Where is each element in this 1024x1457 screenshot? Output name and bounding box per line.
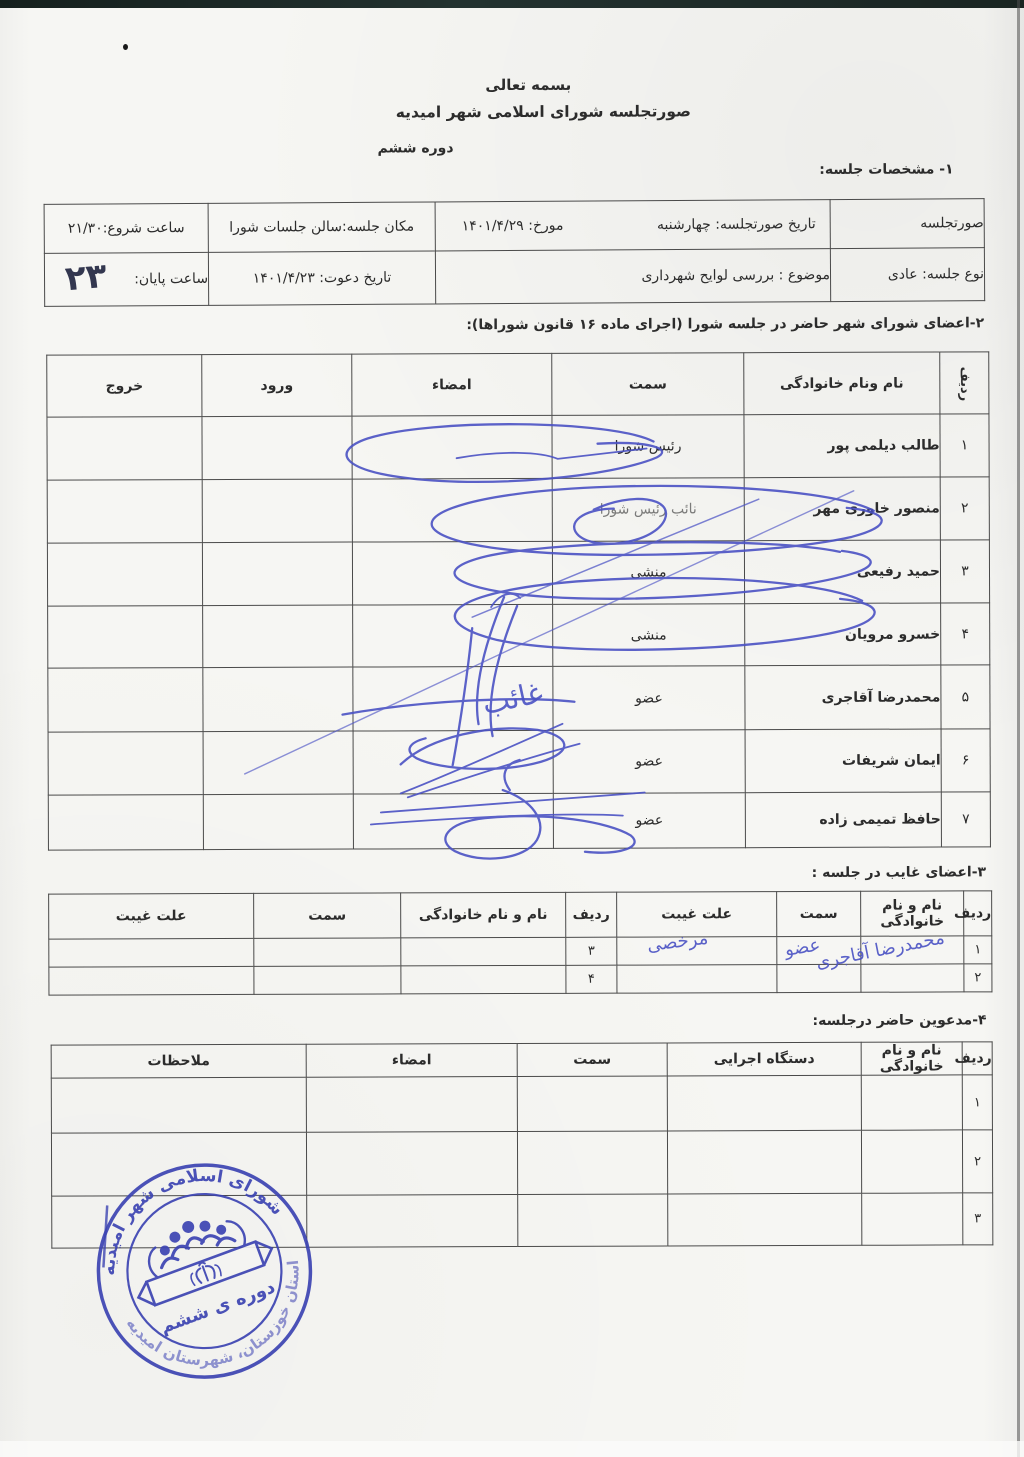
signature-cell: [353, 730, 553, 794]
subject-cell: موضوع : بررسی لوایح شهرداری: [435, 249, 830, 304]
member-row: ۲ منصور خاوری مهر نائب رئیس شورا: [47, 477, 989, 543]
scanned-meeting-minutes-page: بسمه تعالی صورتجلسه شورای اسلامی شهر امی…: [0, 0, 1024, 1457]
stamp-center-text: دوره ی ششم: [158, 1277, 278, 1338]
entry-cell: [202, 479, 352, 543]
invitee-position-cell: [517, 1076, 667, 1132]
stamp-bottom-text: استان خوزستان، شهرستان امیدیه: [121, 1255, 328, 1397]
exit-cell: [47, 417, 202, 481]
invitee-name-cell: [861, 1130, 962, 1193]
member-name: طالب دیلمی پور: [744, 414, 940, 478]
absent-row: ۲ ۴: [49, 964, 992, 995]
absent-reason-cell: [49, 938, 254, 967]
signature-cell: [353, 793, 553, 849]
signature-cell: [352, 478, 552, 542]
row-number: ۱: [940, 414, 989, 477]
col-name: نام و نام خانوادگی: [401, 892, 566, 938]
row-number: ۳: [566, 937, 617, 965]
exit-cell: [47, 480, 202, 544]
table-row: صورتجلسه تاریخ صورتجلسه: چهارشنبه مورخ: …: [44, 199, 984, 254]
exit-cell: [48, 732, 203, 796]
absent-reason-cell: [617, 937, 777, 966]
absent-name-cell: [401, 937, 566, 966]
absent-row: ۱ ۳: [49, 936, 992, 967]
signature-cell: [352, 541, 552, 605]
invitee-signature-cell: [306, 1131, 517, 1195]
invitation-date-cell: تاریخ دعوت: ۱۴۰۱/۴/۲۳: [208, 251, 435, 305]
invitee-row: ۱: [51, 1075, 992, 1133]
invitee-position-cell: [518, 1194, 668, 1247]
entry-cell: [203, 667, 353, 732]
invitee-position-cell: [517, 1131, 667, 1195]
signature-cell: [353, 604, 553, 667]
absent-position-cell: [254, 966, 401, 995]
invitee-row: ۳: [52, 1193, 993, 1248]
member-position: عضو: [553, 730, 745, 794]
row-number: ۵: [941, 665, 990, 729]
table-header-row: ردیف نام و نام خانوادگی سمت علت غیبت ردی…: [49, 891, 992, 939]
exit-cell: [47, 543, 202, 607]
row-number: ۷: [941, 792, 990, 847]
member-row: ۴ خسرو مرویان منشی: [48, 603, 990, 668]
col-row-number: ردیف: [566, 892, 617, 937]
row-number: ۴: [941, 603, 990, 665]
absent-name-cell: [861, 936, 964, 964]
invitee-notes-cell: [51, 1132, 306, 1196]
member-name: خسرو مرویان: [745, 603, 941, 666]
entry-cell: [203, 731, 353, 795]
location-cell: مکان جلسه:سالن جلسات شورا: [208, 202, 435, 252]
bismillah-line: بسمه تعالی: [428, 76, 628, 95]
minutes-date-value: مورخ: ۱۴۰۱/۴/۲۹: [462, 218, 564, 235]
member-name: حافظ تمیمی زاده: [745, 792, 941, 848]
member-position: رئیس شورا: [552, 415, 744, 479]
section2-heading: ۲-اعضای شورای شهر حاضر در جلسه شورا (اجر…: [466, 315, 984, 333]
member-row: ۳ حمید رفیعی منشی: [47, 540, 989, 606]
col-row-number: ردیف: [964, 891, 992, 936]
row-number: ۱: [962, 1075, 992, 1130]
col-position: سمت: [777, 891, 861, 936]
invitee-agency-cell: [667, 1130, 861, 1194]
col-row-number: ردیف: [962, 1042, 992, 1075]
member-position: نائب رئیس شورا: [552, 478, 744, 542]
invitee-agency-cell: [668, 1193, 862, 1246]
invitee-agency-cell: [667, 1075, 861, 1131]
row-number: ۲: [962, 1130, 992, 1193]
row-number: ۳: [963, 1193, 993, 1245]
invitee-name-cell: [862, 1193, 963, 1245]
invitee-row: ۲: [51, 1130, 992, 1196]
member-name: ایمان شریفات: [745, 729, 941, 793]
minutes-label-cell: صورتجلسه: [830, 199, 984, 249]
invitee-notes-cell: [52, 1195, 307, 1248]
section4-heading: ۴-مدعوین حاضر درجلسه:: [813, 1012, 987, 1029]
col-signature: امضاء: [306, 1043, 517, 1077]
invitee-name-cell: [861, 1075, 962, 1130]
entry-cell: [203, 605, 353, 668]
col-entry: ورود: [202, 354, 352, 417]
invitee-notes-cell: [51, 1077, 306, 1133]
member-row: ۶ ایمان شریفات عضو: [48, 729, 990, 795]
row-number: ۶: [941, 729, 990, 792]
row-number: ۱: [964, 936, 992, 964]
minutes-date-label: تاریخ صورتجلسه: چهارشنبه: [657, 216, 816, 233]
signature-cell: [352, 415, 552, 479]
row-number: ۳: [940, 540, 989, 603]
section3-heading: ۳-اعضای غایب در جلسه :: [812, 864, 986, 881]
exit-cell: [48, 668, 203, 733]
minutes-date-cell: تاریخ صورتجلسه: چهارشنبه مورخ: ۱۴۰۱/۴/۲۹: [435, 200, 830, 251]
col-position: سمت: [517, 1043, 667, 1077]
member-name: محمدرضا آقاجری: [745, 665, 941, 730]
member-row: ۵ محمدرضا آقاجری عضو: [48, 665, 990, 732]
absent-members-table: ردیف نام و نام خانوادگی سمت علت غیبت ردی…: [48, 890, 992, 995]
row-number: ۲: [964, 964, 992, 992]
member-position: عضو: [553, 793, 745, 849]
member-position: عضو: [553, 666, 745, 731]
exit-cell: [48, 795, 203, 851]
absent-position-cell: [777, 964, 861, 992]
absent-position-cell: [777, 936, 861, 964]
row-number: ۲: [940, 477, 989, 540]
absent-name-cell: [861, 964, 964, 992]
invitee-signature-cell: [306, 1076, 517, 1132]
section1-heading: ۱- مشخصات جلسه:: [819, 161, 953, 177]
member-row: ۷ حافظ تمیمی زاده عضو: [48, 792, 990, 850]
page-title: صورتجلسه شورای اسلامی شهر امیدیه: [343, 102, 743, 121]
session-type-cell: نوع جلسه: عادی: [830, 248, 984, 302]
member-position: منشی: [552, 541, 744, 605]
col-notes: ملاحظات: [51, 1044, 306, 1078]
entry-cell: [202, 416, 352, 480]
col-name: نام و نام خانوادگی: [861, 891, 964, 936]
absent-name-cell: [401, 965, 566, 994]
member-position: منشی: [553, 604, 745, 667]
absent-reason-cell: [617, 965, 777, 994]
col-position: سمت: [254, 893, 401, 939]
exit-cell: [48, 606, 203, 669]
col-row-number: ردیف: [940, 352, 989, 414]
meeting-info-table: صورتجلسه تاریخ صورتجلسه: چهارشنبه مورخ: …: [44, 198, 986, 307]
col-agency: دستگاه اجرایی: [667, 1042, 861, 1076]
member-name: حمید رفیعی: [744, 540, 940, 604]
absent-reason-cell: [49, 966, 254, 995]
invitee-signature-cell: [307, 1194, 518, 1247]
table-row: نوع جلسه: عادی موضوع : بررسی لوایح شهردا…: [44, 248, 984, 307]
col-signature: امضاء: [352, 353, 552, 416]
table-header-row: ردیف نام ونام خانوادگی سمت امضاء ورود خر…: [47, 352, 989, 417]
start-time-cell: ساعت شروع:۲۱/۳۰: [44, 203, 208, 253]
col-reason: علت غیبت: [49, 893, 254, 939]
term-subtitle: دوره ششم: [355, 140, 475, 156]
col-exit: خروج: [47, 355, 202, 418]
row-number: ۴: [566, 965, 617, 993]
end-time-label-cell: ساعت پایان:: [44, 252, 208, 306]
col-position: سمت: [552, 353, 744, 416]
signature-cell: [353, 666, 553, 731]
entry-cell: [202, 542, 352, 606]
member-row: ۱ طالب دیلمی پور رئیس شورا: [47, 414, 989, 480]
invitees-table: ردیف نام و نام خانوادگی دستگاه اجرایی سم…: [51, 1041, 994, 1248]
table-header-row: ردیف نام و نام خانوادگی دستگاه اجرایی سم…: [51, 1042, 992, 1078]
col-name: نام و نام خانوادگی: [861, 1042, 962, 1075]
absent-position-cell: [254, 938, 401, 967]
stamp-national-emblem: [187, 1258, 222, 1286]
entry-cell: [203, 794, 353, 850]
col-reason: علت غیبت: [617, 892, 777, 938]
present-members-table: ردیف نام ونام خانوادگی سمت امضاء ورود خر…: [46, 351, 991, 850]
member-name: منصور خاوری مهر: [744, 477, 940, 541]
col-name: نام ونام خانوادگی: [744, 352, 940, 415]
